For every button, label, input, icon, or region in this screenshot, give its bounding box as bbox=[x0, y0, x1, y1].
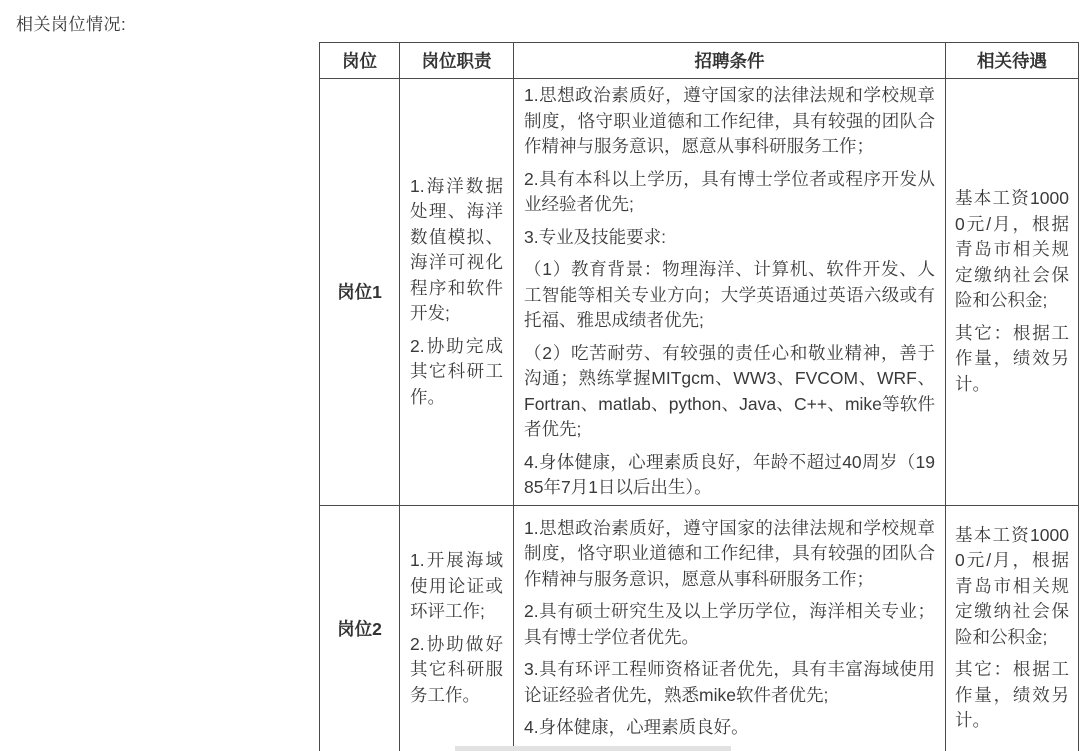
duty-item: 1.开展海域使用论证或环评工作; bbox=[410, 548, 503, 625]
duties-cell: 1.开展海域使用论证或环评工作; 2.协助做好其它科研服务工作。 bbox=[400, 505, 514, 751]
requirements-cell: 1.思想政治素质好，遵守国家的法律法规和学校规章制度，恪守职业道德和工作纪律，具… bbox=[514, 505, 946, 751]
benefit-item: 其它：根据工作量，绩效另计。 bbox=[955, 321, 1069, 398]
table-row-position-2: 岗位2 1.开展海域使用论证或环评工作; 2.协助做好其它科研服务工作。 1.思… bbox=[320, 505, 1079, 751]
requirement-item: 1.思想政治素质好，遵守国家的法律法规和学校规章制度，恪守职业道德和工作纪律，具… bbox=[524, 83, 935, 160]
header-benefits: 相关待遇 bbox=[946, 43, 1079, 79]
benefits-cell: 基本工资10000元/月，根据青岛市相关规定缴纳社会保险和公积金; 其它：根据工… bbox=[946, 505, 1079, 751]
job-positions-table: 岗位 岗位职责 招聘条件 相关待遇 岗位1 1.海洋数据处理、海洋数值模拟、海洋… bbox=[319, 42, 1079, 751]
requirement-item: 3.具有环评工程师资格证者优先，具有丰富海域使用论证经验者优先，熟悉mike软件… bbox=[524, 657, 935, 708]
duty-item: 1.海洋数据处理、海洋数值模拟、海洋可视化程序和软件开发; bbox=[410, 174, 503, 327]
header-duties: 岗位职责 bbox=[400, 43, 514, 79]
benefit-item: 其它：根据工作量，绩效另计。 bbox=[955, 657, 1069, 734]
benefits-cell: 基本工资10000元/月，根据青岛市相关规定缴纳社会保险和公积金; 其它：根据工… bbox=[946, 79, 1079, 506]
header-requirements: 招聘条件 bbox=[514, 43, 946, 79]
duties-cell: 1.海洋数据处理、海洋数值模拟、海洋可视化程序和软件开发; 2.协助完成其它科研… bbox=[400, 79, 514, 506]
requirements-cell: 1.思想政治素质好，遵守国家的法律法规和学校规章制度，恪守职业道德和工作纪律，具… bbox=[514, 79, 946, 506]
table-header-row: 岗位 岗位职责 招聘条件 相关待遇 bbox=[320, 43, 1079, 79]
duty-item: 2.协助做好其它科研服务工作。 bbox=[410, 632, 503, 709]
requirement-item: 4.身体健康，心理素质良好，年龄不超过40周岁（1985年7月1日以后出生）。 bbox=[524, 450, 935, 501]
bottom-gray-strip bbox=[455, 746, 731, 751]
table-row-position-1: 岗位1 1.海洋数据处理、海洋数值模拟、海洋可视化程序和软件开发; 2.协助完成… bbox=[320, 79, 1079, 506]
position-cell: 岗位1 bbox=[320, 79, 400, 506]
position-cell: 岗位2 bbox=[320, 505, 400, 751]
requirement-item: （2）吃苦耐劳、有较强的责任心和敬业精神，善于沟通；熟练掌握MITgcm、WW3… bbox=[524, 341, 935, 443]
requirement-item: （1）教育背景：物理海洋、计算机、软件开发、人工智能等相关专业方向；大学英语通过… bbox=[524, 257, 935, 334]
requirement-item: 1.思想政治素质好，遵守国家的法律法规和学校规章制度，恪守职业道德和工作纪律，具… bbox=[524, 516, 935, 593]
benefit-item: 基本工资10000元/月，根据青岛市相关规定缴纳社会保险和公积金; bbox=[955, 523, 1069, 651]
header-position: 岗位 bbox=[320, 43, 400, 79]
duty-item: 2.协助完成其它科研工作。 bbox=[410, 334, 503, 411]
page-title: 相关岗位情况: bbox=[16, 10, 126, 35]
requirement-item: 2.具有硕士研究生及以上学历学位，海洋相关专业；具有博士学位者优先。 bbox=[524, 599, 935, 650]
benefit-item: 基本工资10000元/月，根据青岛市相关规定缴纳社会保险和公积金; bbox=[955, 186, 1069, 314]
requirement-item: 2.具有本科以上学历，具有博士学位者或程序开发从业经验者优先; bbox=[524, 167, 935, 218]
requirement-item: 4.身体健康，心理素质良好。 bbox=[524, 715, 935, 741]
requirement-item: 3.专业及技能要求: bbox=[524, 225, 935, 251]
